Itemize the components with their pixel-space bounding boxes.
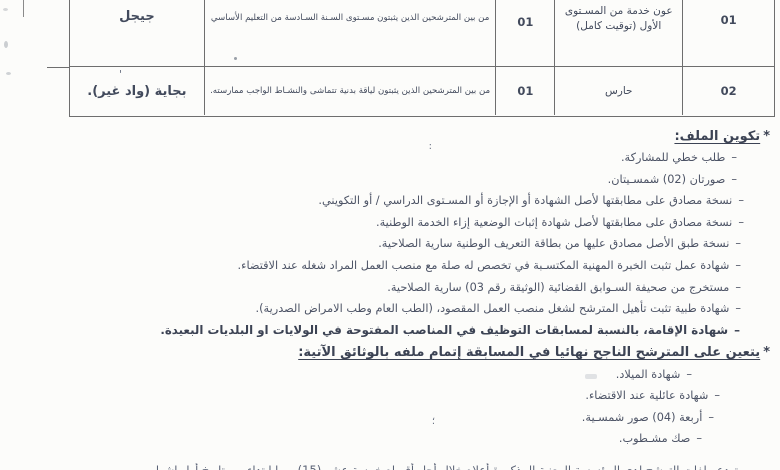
scanned-document-page: 01 عون خدمة من المسـتوى الأول (توقيت كام… xyxy=(0,0,780,470)
cell-location: بجاية (واد غير). xyxy=(70,67,204,115)
cell-location: جيجل xyxy=(70,0,204,66)
requirement-text: من بين المترشحين الذين يثبتون مسـتوى الس… xyxy=(211,13,489,23)
cell-job-title: حارس xyxy=(554,67,682,115)
job-title-line2: الأول (توقيت كامل) xyxy=(576,19,661,34)
list-item: –شهادة الميلاد. xyxy=(298,364,770,385)
section-heading: *يتعين على المترشح الناجح نهائيا في المس… xyxy=(298,345,770,360)
dash-bullet: – xyxy=(738,216,744,229)
cell-post-count: 01 xyxy=(495,67,554,115)
list-item: –شهادة عمل تثبت الخبرة المهنية المكتسـبة… xyxy=(160,255,770,277)
dash-bullet: – xyxy=(734,323,740,337)
heading-text: يتعين على المترشح الناجح نهائيا في المسا… xyxy=(298,345,760,360)
job-title-line1: حارس xyxy=(605,84,633,99)
dash-bullet: – xyxy=(696,432,702,445)
table-row: 02 حارس 01 من بين المترشحين الذين يثبتون… xyxy=(70,67,774,115)
cell-job-title: عون خدمة من المسـتوى الأول (توقيت كامل) xyxy=(554,0,682,66)
list-item: –شهادة طبية تثبت تأهيل المترشح لشغل منصب… xyxy=(160,298,770,320)
job-title-line1: عون خدمة من المسـتوى xyxy=(565,4,673,19)
scan-artifact-apostrophe: ' xyxy=(119,68,122,81)
dash-bullet: – xyxy=(735,237,741,250)
file-composition-list: –طلب خطي للمشاركة. –صورتان (02) شمسـيتان… xyxy=(160,147,770,341)
item-text: صك مشـطوب. xyxy=(619,432,690,445)
heading-star: * xyxy=(763,345,770,360)
cell-post-count: 01 xyxy=(495,0,554,66)
item-text: شهادة طبية تثبت تأهيل المترشح لشغل منصب … xyxy=(256,302,730,315)
requirement-text: من بين المترشحين الذين يثبتون لياقة بدني… xyxy=(210,86,490,96)
post-count: 01 xyxy=(517,15,533,29)
dash-bullet: – xyxy=(708,411,714,424)
dash-bullet: – xyxy=(731,151,737,164)
scan-speck xyxy=(234,57,237,60)
list-item: –طلب خطي للمشاركة. xyxy=(160,147,770,169)
rank-number: 02 xyxy=(721,84,737,98)
item-text: شهادة عائلية عند الاقتضاء. xyxy=(585,389,708,402)
table-row: 01 عون خدمة من المسـتوى الأول (توقيت كام… xyxy=(70,0,774,67)
list-item: –مستخرج من صحيفة السـوابق القضائية (الوث… xyxy=(160,277,770,299)
heading-star: * xyxy=(763,129,770,144)
scan-smudge xyxy=(585,374,597,379)
item-text: شهادة الميلاد. xyxy=(616,368,681,381)
list-item: –نسخة طبق الأصل مصادق عليها من بطاقة الت… xyxy=(160,233,770,255)
heading-text: تكوين الملف: xyxy=(674,129,760,144)
section-final-documents: *يتعين على المترشح الناجح نهائيا في المس… xyxy=(298,345,770,449)
table-border-overshoot xyxy=(47,67,70,68)
item-text: شهادة الإقامة، بالنسبة لمسابقات التوظيف … xyxy=(160,323,728,337)
dash-bullet: – xyxy=(735,302,741,315)
item-text: شهادة عمل تثبت الخبرة المهنية المكتسـبة … xyxy=(238,259,730,272)
cell-requirement: من بين المترشحين الذين يثبتون مسـتوى الس… xyxy=(204,0,496,66)
dash-bullet: – xyxy=(738,194,744,207)
dash-bullet: – xyxy=(735,281,741,294)
item-text: مستخرج من صحيفة السـوابق القضائية (الوثي… xyxy=(387,281,729,294)
list-item: –نسخة مصادق على مطابقتها لأصل شهادة إثبا… xyxy=(160,212,770,234)
list-item: –أربعة (04) صور شمسـية. xyxy=(298,407,770,428)
final-documents-list: –شهادة الميلاد. –شهادة عائلية عند الاقتض… xyxy=(298,364,770,449)
cell-rank-number: 01 xyxy=(682,0,774,66)
section-heading: *تكوين الملف: xyxy=(160,129,770,144)
dash-bullet: – xyxy=(714,389,720,402)
scan-speck xyxy=(6,72,11,75)
post-count: 01 xyxy=(517,84,533,98)
list-item: –شهادة عائلية عند الاقتضاء. xyxy=(298,385,770,406)
item-text: نسخة مصادق على مطابقتها لأصل شهادة إثبات… xyxy=(376,216,732,229)
item-text: نسخة مصادق على مطابقتها لأصل الشهادة أو … xyxy=(318,194,732,207)
cut-column-border-stub xyxy=(23,0,24,17)
dash-bullet: – xyxy=(731,173,737,186)
section-file-composition: *تكوين الملف: –طلب خطي للمشاركة. –صورتان… xyxy=(160,129,770,341)
item-text: طلب خطي للمشاركة. xyxy=(621,151,725,164)
item-text: نسخة طبق الأصل مصادق عليها من بطاقة التع… xyxy=(378,237,729,250)
rank-number: 01 xyxy=(721,13,737,27)
vacancy-table: 01 عون خدمة من المسـتوى الأول (توقيت كام… xyxy=(69,0,775,117)
list-item: –صك مشـطوب. xyxy=(298,428,770,449)
cell-requirement: من بين المترشحين الذين يثبتون لياقة بدني… xyxy=(204,67,496,115)
item-text: صورتان (02) شمسـيتان. xyxy=(608,173,726,186)
scan-speck xyxy=(4,41,8,48)
location-text: جيجل xyxy=(119,9,155,24)
scan-speck xyxy=(3,8,8,11)
list-item: –صورتان (02) شمسـيتان. xyxy=(160,169,770,191)
dash-bullet: – xyxy=(735,259,741,272)
list-item-residence-certificate: –شهادة الإقامة، بالنسبة لمسابقات التوظيف… xyxy=(160,320,770,342)
scan-artifact-colon: : xyxy=(429,141,432,152)
location-text: بجاية (واد غير). xyxy=(87,84,186,99)
dash-bullet: – xyxy=(686,368,692,381)
scan-artifact-semicolon: ؛ xyxy=(432,416,435,427)
list-item: –نسخة مصادق على مطابقتها لأصل الشهادة أو… xyxy=(160,190,770,212)
item-text: أربعة (04) صور شمسـية. xyxy=(582,411,703,424)
cutoff-text-line: تودع ملفات الترشح لدى المؤسسة المعنية ال… xyxy=(128,463,738,470)
cell-rank-number: 02 xyxy=(682,67,774,115)
